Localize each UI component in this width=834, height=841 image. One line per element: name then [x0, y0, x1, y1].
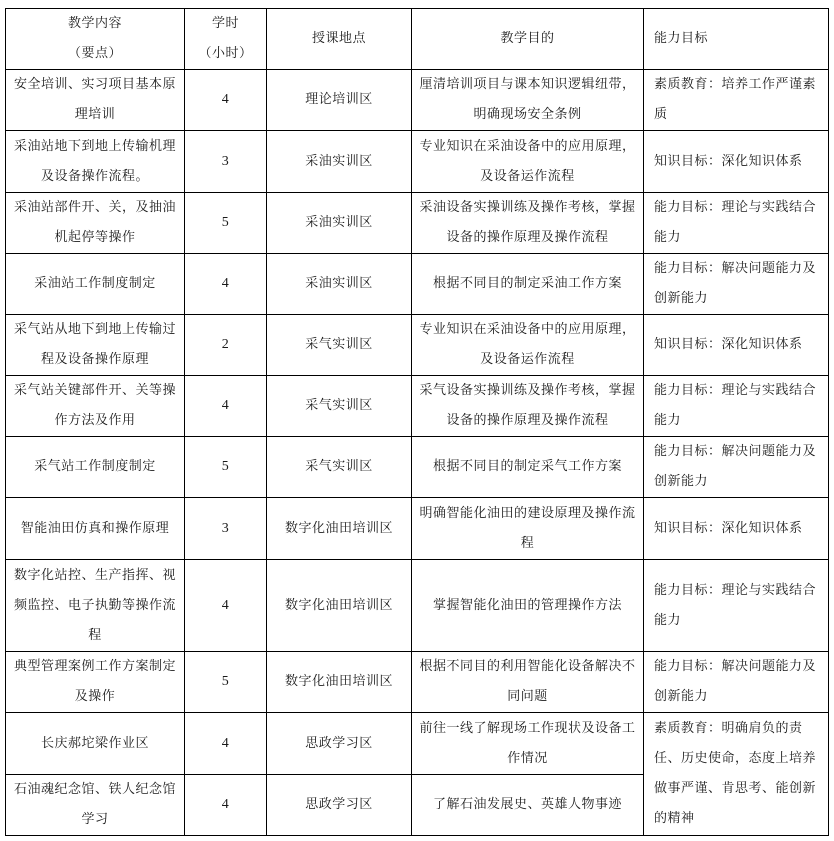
cell-purpose: 厘清培训项目与课本知识逻辑纽带，明确现场安全条例 — [412, 70, 644, 131]
cell-goal: 能力目标：解决问题能力及创新能力 — [644, 254, 829, 315]
cell-goal: 能力目标：解决问题能力及创新能力 — [644, 652, 829, 713]
cell-goal: 能力目标：理论与实践结合能力 — [644, 193, 829, 254]
header-content-line1: 教学内容 — [10, 9, 180, 39]
cell-purpose: 了解石油发展史、英雄人物事迹 — [412, 775, 644, 836]
cell-hours: 4 — [185, 560, 267, 652]
cell-content: 石油魂纪念馆、铁人纪念馆学习 — [6, 775, 185, 836]
cell-purpose: 前往一线了解现场工作现状及设备工作情况 — [412, 713, 644, 775]
header-hours: 学时 （小时） — [185, 9, 267, 70]
cell-goal: 能力目标：理论与实践结合能力 — [644, 376, 829, 437]
table-row: 数字化站控、生产指挥、视频监控、电子执勤等操作流程 4 数字化油田培训区 掌握智… — [6, 560, 829, 652]
cell-location: 采气实训区 — [267, 437, 412, 498]
cell-purpose: 掌握智能化油田的管理操作方法 — [412, 560, 644, 652]
header-goal: 能力目标 — [644, 9, 829, 70]
cell-content: 采油站地下到地上传输机理及设备操作流程。 — [6, 131, 185, 193]
cell-content: 采气站从地下到地上传输过程及设备操作原理 — [6, 315, 185, 376]
table-row: 采油站地下到地上传输机理及设备操作流程。 3 采油实训区 专业知识在采油设备中的… — [6, 131, 829, 193]
header-row: 教学内容 （要点） 学时 （小时） 授课地点 教学目的 能力目标 — [6, 9, 829, 70]
cell-purpose: 专业知识在采油设备中的应用原理，及设备运作流程 — [412, 131, 644, 193]
cell-purpose: 根据不同目的利用智能化设备解决不同问题 — [412, 652, 644, 713]
cell-purpose: 采气设备实操训练及操作考核，掌握设备的操作原理及操作流程 — [412, 376, 644, 437]
header-content-line2: （要点） — [10, 39, 180, 69]
table-row: 典型管理案例工作方案制定及操作 5 数字化油田培训区 根据不同目的利用智能化设备… — [6, 652, 829, 713]
cell-content: 数字化站控、生产指挥、视频监控、电子执勤等操作流程 — [6, 560, 185, 652]
cell-goal: 能力目标：解决问题能力及创新能力 — [644, 437, 829, 498]
cell-location: 思政学习区 — [267, 775, 412, 836]
cell-hours: 5 — [185, 652, 267, 713]
cell-content: 典型管理案例工作方案制定及操作 — [6, 652, 185, 713]
cell-location: 理论培训区 — [267, 70, 412, 131]
header-hours-line2: （小时） — [189, 39, 262, 69]
cell-hours: 5 — [185, 193, 267, 254]
cell-goal: 知识目标：深化知识体系 — [644, 498, 829, 560]
cell-content: 采气站关键部件开、关等操作方法及作用 — [6, 376, 185, 437]
cell-hours: 2 — [185, 315, 267, 376]
cell-hours: 3 — [185, 131, 267, 193]
cell-hours: 4 — [185, 254, 267, 315]
cell-hours: 4 — [185, 775, 267, 836]
cell-purpose: 采油设备实操训练及操作考核，掌握设备的操作原理及操作流程 — [412, 193, 644, 254]
table-row: 采油站工作制度制定 4 采油实训区 根据不同目的制定采油工作方案 能力目标：解决… — [6, 254, 829, 315]
cell-location: 思政学习区 — [267, 713, 412, 775]
header-content: 教学内容 （要点） — [6, 9, 185, 70]
cell-content: 安全培训、实习项目基本原理培训 — [6, 70, 185, 131]
cell-goal: 能力目标：理论与实践结合能力 — [644, 560, 829, 652]
table-row: 采气站关键部件开、关等操作方法及作用 4 采气实训区 采气设备实操训练及操作考核… — [6, 376, 829, 437]
cell-location: 数字化油田培训区 — [267, 652, 412, 713]
cell-goal-merged: 素质教育：明确肩负的责任、历史使命，态度上培养做事严谨、肯思考、能创新的精神 — [644, 713, 829, 836]
cell-content: 长庆郝坨梁作业区 — [6, 713, 185, 775]
cell-goal: 素质教育：培养工作严谨素质 — [644, 70, 829, 131]
teaching-plan-table: 教学内容 （要点） 学时 （小时） 授课地点 教学目的 能力目标 安全培训、实习… — [5, 8, 829, 836]
cell-content: 采油站部件开、关，及抽油机起停等操作 — [6, 193, 185, 254]
table-row: 智能油田仿真和操作原理 3 数字化油田培训区 明确智能化油田的建设原理及操作流程… — [6, 498, 829, 560]
cell-hours: 4 — [185, 713, 267, 775]
cell-hours: 4 — [185, 70, 267, 131]
table-row: 采气站从地下到地上传输过程及设备操作原理 2 采气实训区 专业知识在采油设备中的… — [6, 315, 829, 376]
table-row: 采气站工作制度制定 5 采气实训区 根据不同目的制定采气工作方案 能力目标：解决… — [6, 437, 829, 498]
cell-purpose: 明确智能化油田的建设原理及操作流程 — [412, 498, 644, 560]
cell-hours: 4 — [185, 376, 267, 437]
header-purpose: 教学目的 — [412, 9, 644, 70]
table-row: 安全培训、实习项目基本原理培训 4 理论培训区 厘清培训项目与课本知识逻辑纽带，… — [6, 70, 829, 131]
header-location: 授课地点 — [267, 9, 412, 70]
cell-location: 采油实训区 — [267, 193, 412, 254]
cell-purpose: 根据不同目的制定采油工作方案 — [412, 254, 644, 315]
cell-location: 采油实训区 — [267, 254, 412, 315]
cell-purpose: 根据不同目的制定采气工作方案 — [412, 437, 644, 498]
cell-hours: 3 — [185, 498, 267, 560]
cell-goal: 知识目标：深化知识体系 — [644, 131, 829, 193]
cell-location: 采油实训区 — [267, 131, 412, 193]
cell-location: 采气实训区 — [267, 315, 412, 376]
cell-content: 采油站工作制度制定 — [6, 254, 185, 315]
table-row: 采油站部件开、关，及抽油机起停等操作 5 采油实训区 采油设备实操训练及操作考核… — [6, 193, 829, 254]
table-row: 长庆郝坨梁作业区 4 思政学习区 前往一线了解现场工作现状及设备工作情况 素质教… — [6, 713, 829, 775]
cell-location: 数字化油田培训区 — [267, 560, 412, 652]
cell-location: 数字化油田培训区 — [267, 498, 412, 560]
cell-purpose: 专业知识在采油设备中的应用原理，及设备运作流程 — [412, 315, 644, 376]
cell-hours: 5 — [185, 437, 267, 498]
cell-content: 采气站工作制度制定 — [6, 437, 185, 498]
cell-location: 采气实训区 — [267, 376, 412, 437]
cell-content: 智能油田仿真和操作原理 — [6, 498, 185, 560]
cell-goal: 知识目标：深化知识体系 — [644, 315, 829, 376]
header-hours-line1: 学时 — [189, 9, 262, 39]
